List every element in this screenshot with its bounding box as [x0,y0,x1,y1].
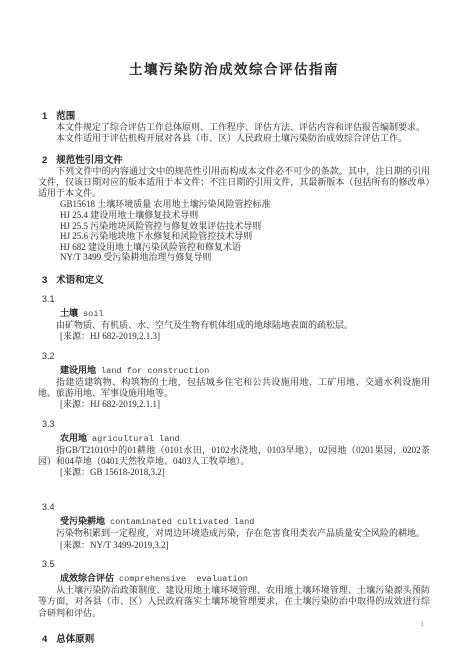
page-number: 1 [420,619,424,628]
term-block-3-1: 3.1 土壤soil 由矿物质、有机质、水、空气及生物有机体组成的地球陆地表面的… [38,294,430,343]
term-source: [来源：NY/T 3499-2019,3.2] [60,540,430,551]
term-name-cn: 土壤 [60,308,78,318]
normative-reference-list: GB15618 土壤环境质量 农用地土壤污染风险管控标准 HJ 25.4 建设用… [38,199,430,263]
reference-item: HJ 25.4 建设用地土壤修复技术导则 [38,210,430,221]
term-number: 3.4 [42,502,430,513]
term-name-line: 受污染耕地contaminated cultivated land [60,516,430,528]
term-number: 3.5 [42,559,430,570]
section-2-intro: 下列文件中的内容通过文中的规范性引用而构成本文件必不可少的条款。其中，注日期的引… [38,166,430,200]
document-page: 土壤污染防治成效综合评估指南 1范围 本文件规定了综合评估工作总体原则、工作程序… [0,0,465,657]
term-block-3-2: 3.2 建设用地land for construction 指建造建筑物、构筑物… [38,351,430,411]
section-4-number: 4 [42,634,47,645]
reference-item: HJ 25.5 污染地块风险管控与修复效果评估技术导则 [38,221,430,232]
reference-item: HJ 25.6 污染地块地下水修复和风险管控技术导则 [38,231,430,242]
term-name-en: soil [83,309,104,319]
section-1-paragraph-1: 本文件规定了综合评估工作总体原则、工作程序、评估方法、评估内容和评估报告编制要求… [38,122,430,133]
term-number: 3.1 [42,294,430,305]
term-source: [来源：HJ 682-2019,2.1.3] [60,331,430,342]
term-name-cn: 受污染耕地 [60,516,105,526]
term-definition: 从土壤污染防治政策制度、建设用地土壤环境管理、农用地土壤环境管理、土壤污染源头预… [38,585,430,619]
term-name-cn: 成效综合评估 [60,573,114,583]
term-definition: 污染物积累到一定程度，对周边环境造成污染，存在危害食用类农产品质量安全风险的耕地… [38,528,430,539]
term-name-line: 土壤soil [60,308,430,320]
term-definition: 由矿物质、有机质、水、空气及生物有机体组成的地球陆地表面的疏松层。 [38,320,430,331]
term-source: [来源：HJ 682-2019,2.1.1] [60,399,430,410]
section-3-label: 术语和定义 [56,275,104,286]
term-block-3-5: 3.5 成效综合评估comprehensive evaluation 从土壤污染… [38,559,430,619]
term-block-3-3: 3.3 农用地agricultural land 指GB/T21010中的01耕… [38,419,430,479]
term-definition: 指建造建筑物、构筑物的土地，包括城乡住宅和公共设施用地、工矿用地、交通水利设施用… [38,377,430,400]
term-number: 3.2 [42,351,430,362]
section-1-number: 1 [42,111,47,122]
term-name-en: land for construction [101,366,209,376]
term-name-en: agricultural land [92,434,180,444]
section-3-number: 3 [42,275,47,286]
term-number: 3.3 [42,419,430,430]
reference-item: GB15618 土壤环境质量 农用地土壤污染风险管控标准 [38,199,430,210]
document-title: 土壤污染防治成效综合评估指南 [38,62,430,78]
section-1-heading: 1范围 [42,111,430,122]
term-definition: 指GB/T21010中的01耕地（0101水田，0102水浇地，0103旱地），… [38,445,430,468]
term-name-en: comprehensive evaluation [119,574,248,584]
section-2-number: 2 [42,155,47,166]
term-block-3-4: 3.4 受污染耕地contaminated cultivated land 污染… [38,502,430,551]
term-name-line: 农用地agricultural land [60,433,430,445]
term-name-cn: 农用地 [60,433,87,443]
section-4-label: 总体原则 [56,634,94,645]
section-1-label: 范围 [56,111,75,122]
section-2-heading: 2规范性引用文件 [42,155,430,166]
term-source: [来源：GB 15618-2018,3.2] [60,467,430,478]
term-name-en: contaminated cultivated land [110,517,254,527]
reference-item: HJ 682 建设用地土壤污染风险管控和修复术语 [38,242,430,253]
section-3-heading: 3术语和定义 [42,275,430,286]
section-4-heading: 4总体原则 [42,634,430,645]
section-2-label: 规范性引用文件 [56,155,123,166]
section-1-paragraph-2: 本文件适用于评估机构开展对各县（市、区）人民政府土壤污染防治成效综合评估工作。 [38,133,430,144]
term-name-cn: 建设用地 [60,365,96,375]
term-name-line: 建设用地land for construction [60,365,430,377]
reference-item: NY/T 3499 受污染耕地治理与修复导则 [38,252,430,263]
term-name-line: 成效综合评估comprehensive evaluation [60,573,430,585]
